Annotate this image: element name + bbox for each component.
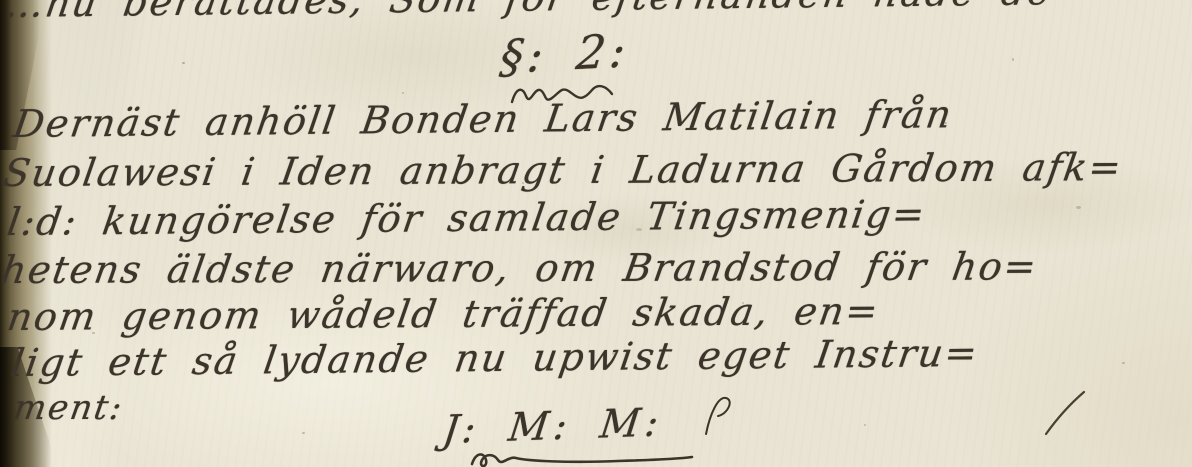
manuscript-text: …nu berättades, Som för efterhanden hade… bbox=[3, 0, 1056, 26]
manuscript-page-scan: …nu berättades, Som för efterhanden hade… bbox=[0, 0, 1192, 467]
paper-speckle bbox=[402, 92, 404, 94]
paper-speckle bbox=[92, 332, 95, 334]
manuscript-line: Suolawesi i Iden anbragt i Ladurna Gårdo… bbox=[4, 145, 1123, 195]
manuscript-line: hetens äldste närwaro, om Brandstod för … bbox=[2, 244, 1038, 292]
manuscript-line: ligt ett så lydande nu upwist eget Instr… bbox=[12, 331, 979, 385]
manuscript-line: l:d: kungörelse för samlade Tingsmenig= bbox=[8, 192, 927, 244]
signature-flourish bbox=[468, 448, 698, 467]
paper-smudge bbox=[636, 228, 642, 231]
paper-smudge bbox=[612, 352, 616, 355]
clerk-initials-text: J: M: M: bbox=[440, 400, 666, 453]
stray-pen-stroke bbox=[1040, 390, 1090, 436]
manuscript-text: Dernäst anhöll Bonden Lars Matilain från bbox=[11, 92, 957, 146]
paper-speckle bbox=[944, 122, 947, 124]
manuscript-text: Suolawesi i Iden anbragt i Ladurna Gårdo… bbox=[1, 145, 1127, 195]
section-heading: §: 2: bbox=[499, 23, 631, 84]
paper-speckle bbox=[864, 424, 866, 426]
manuscript-text: ligt ett så lydande nu upwist eget Instr… bbox=[9, 331, 983, 385]
paper-speckle bbox=[1122, 362, 1125, 364]
manuscript-text: nom genom wådeld träffad skada, en= bbox=[5, 289, 883, 339]
manuscript-line-ment: ment: bbox=[14, 388, 123, 428]
initials-ascender-flourish bbox=[700, 392, 744, 436]
manuscript-line-top-cropped: …nu berättades, Som för efterhanden hade… bbox=[5, 0, 1052, 26]
paper-speckle bbox=[182, 62, 185, 64]
manuscript-line: nom genom wådeld träffad skada, en= bbox=[8, 289, 880, 339]
manuscript-text: hetens äldste närwaro, om Brandstod för … bbox=[0, 244, 1041, 292]
manuscript-line: Dernäst anhöll Bonden Lars Matilain från bbox=[14, 92, 954, 146]
manuscript-text: l:d: kungörelse för samlade Tingsmenig= bbox=[5, 192, 930, 244]
paper-smudge bbox=[208, 262, 212, 264]
paper-speckle bbox=[1012, 58, 1014, 61]
section-heading-text: §: 2: bbox=[498, 23, 632, 84]
paper-speckle bbox=[302, 432, 305, 434]
paper-smudge bbox=[1076, 206, 1081, 209]
paper-speckle bbox=[522, 182, 524, 184]
paper-speckle bbox=[742, 302, 744, 304]
clerk-initials: J: M: M: bbox=[442, 400, 664, 453]
manuscript-text: ment: bbox=[11, 388, 127, 428]
